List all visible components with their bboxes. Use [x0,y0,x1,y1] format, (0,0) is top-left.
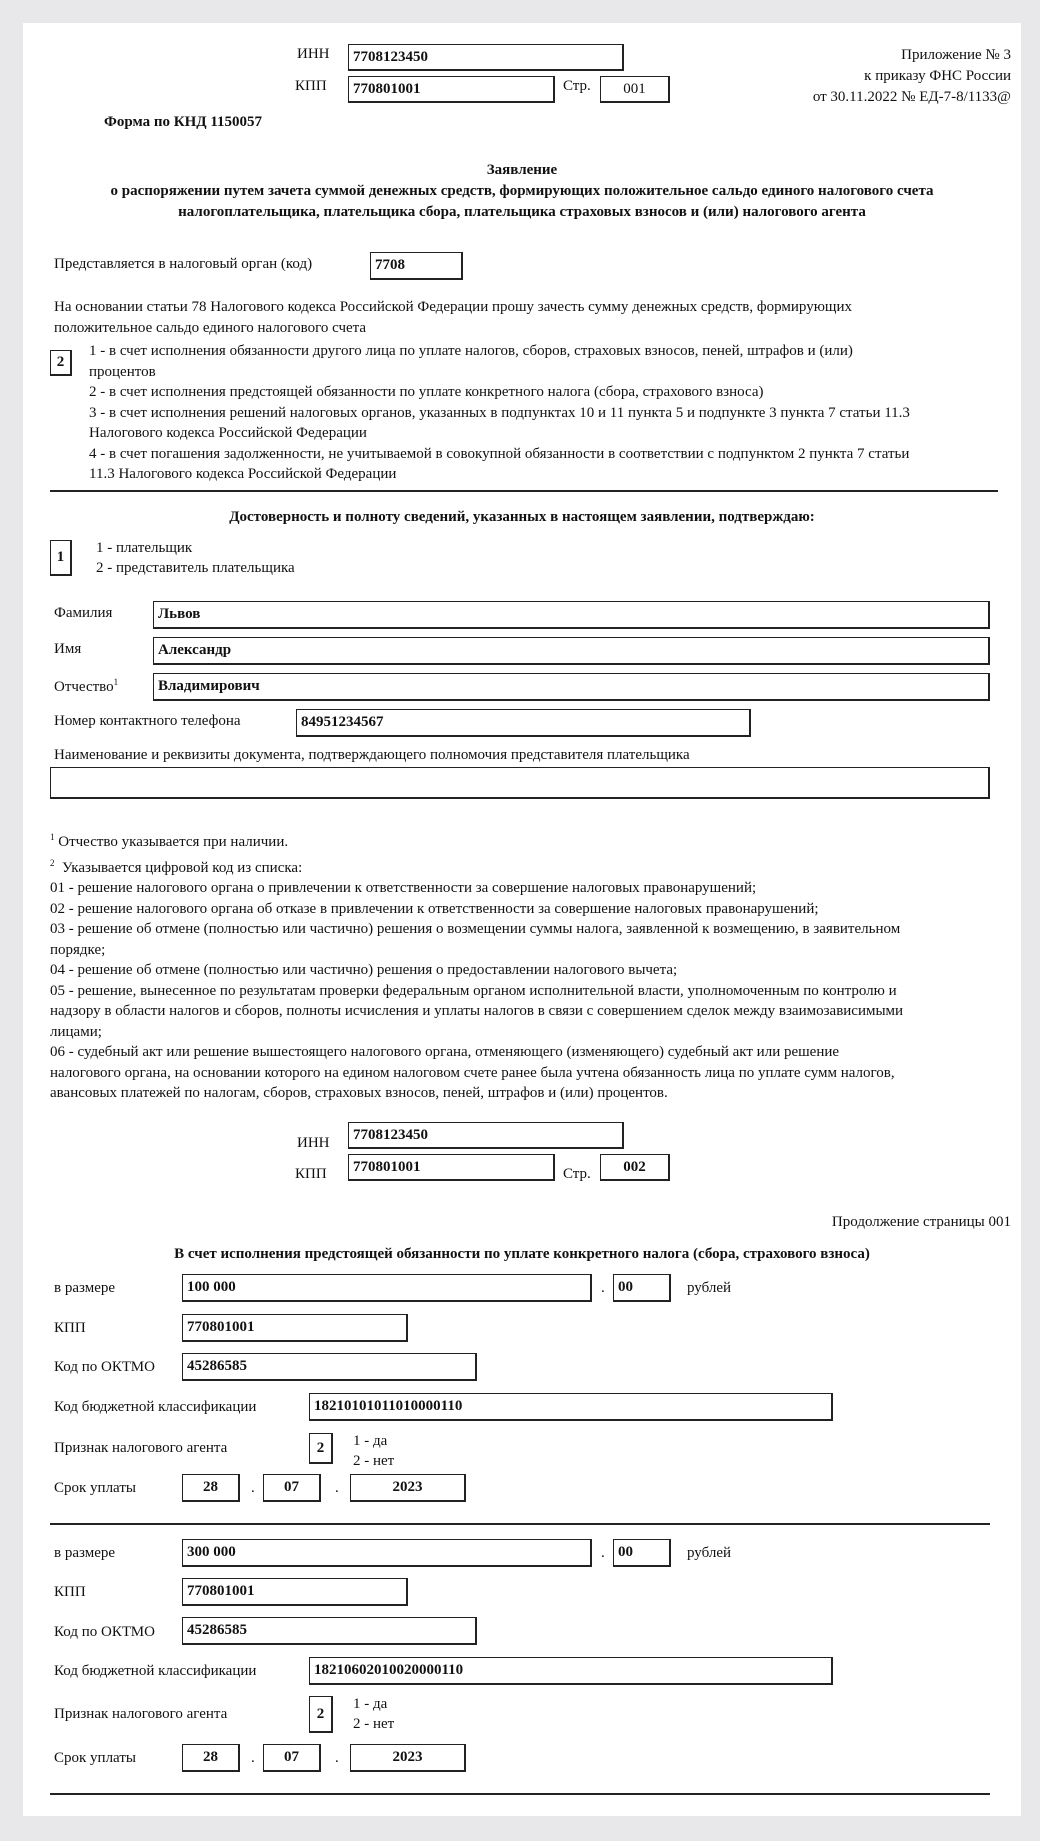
confirm-heading: Достоверность и полноту сведений, указан… [23,507,1021,528]
due-year-field[interactable]: 2023 [350,1474,466,1502]
name-label: Имя [54,641,81,658]
date-separator: . [335,1480,339,1497]
section-title: В счет исполнения предстоящей обязанност… [23,1244,1021,1265]
footnote-marker: 1 [114,677,119,687]
footnote-marker: 2 [50,858,55,868]
footnote-line: порядке; [50,940,903,961]
oktmo-field[interactable]: 45286585 [182,1353,477,1381]
entry-kpp-label: КПП [54,1320,86,1337]
due-day-field[interactable]: 28 [182,1744,240,1772]
footnote-line: 05 - решение, вынесенное по результатам … [50,981,903,1002]
amount-rubles-field[interactable]: 100 000 [182,1274,592,1302]
option-line: 2 - нет [353,1451,394,1471]
kbk-field[interactable]: 18210101011010000110 [309,1393,833,1421]
footnote-2: 2 Указывается цифровой код из списка: [50,853,903,879]
appendix-line: Приложение № 3 [813,45,1011,66]
title-line: о распоряжении путем зачета суммой денеж… [23,181,1021,202]
tax-agent-label: Признак налогового агента [54,1440,227,1457]
representative-doc-label: Наименование и реквизиты документа, подт… [54,747,690,764]
phone-label: Номер контактного телефона [54,713,241,730]
option-line: 1 - да [353,1431,394,1451]
title-line: Заявление [23,160,1021,181]
due-month-field[interactable]: 07 [263,1474,321,1502]
tax-agent-label: Признак налогового агента [54,1706,227,1723]
basis-text: На основании статьи 78 Налогового кодекс… [54,297,852,339]
confirm-type-field[interactable]: 1 [50,540,72,576]
entry-kpp-field[interactable]: 770801001 [182,1578,408,1606]
amount-kopecks-field[interactable]: 00 [613,1539,671,1567]
kpp-field[interactable]: 770801001 [348,76,555,103]
offset-type-options: 1 - в счет исполнения обязанности другог… [89,341,910,485]
footnote-line: надзору в области налогов и сборов, полн… [50,1001,903,1022]
footnotes: 1 Отчество указывается при наличии. 2 Ук… [50,827,903,1104]
kpp-label: КПП [295,78,327,95]
continuation-note: Продолжение страницы 001 [832,1214,1011,1231]
footnote-line: 03 - решение об отмене (полностью или ча… [50,919,903,940]
patronymic-field[interactable]: Владимирович [153,673,990,701]
option-line: Налогового кодекса Российской Федерации [89,423,910,444]
basis-line: положительное сальдо единого налогового … [54,318,852,339]
option-line: 2 - в счет исполнения предстоящей обязан… [89,382,910,403]
surname-label: Фамилия [54,605,112,622]
oktmo-label: Код по ОКТМО [54,1624,155,1641]
due-date-label: Срок уплаты [54,1480,136,1497]
phone-field[interactable]: 84951234567 [296,709,751,737]
due-day-field[interactable]: 28 [182,1474,240,1502]
kbk-field[interactable]: 18210602010020000110 [309,1657,833,1685]
footnote-line: налогового органа, на основании которого… [50,1063,903,1084]
patronymic-label: Отчество1 [54,677,118,696]
inn-field[interactable]: 7708123450 [348,44,624,71]
rubles-label: рублей [687,1545,731,1562]
date-separator: . [251,1750,255,1767]
kpp-field[interactable]: 770801001 [348,1154,555,1181]
name-field[interactable]: Александр [153,637,990,665]
option-line: 1 - да [353,1694,394,1714]
tax-agent-field[interactable]: 2 [309,1696,333,1733]
section-divider [50,490,998,492]
basis-line: На основании статьи 78 Налогового кодекс… [54,297,852,318]
footnote-line: авансовых платежей по налогам, сборов, с… [50,1083,903,1104]
footnote-line: 04 - решение об отмене (полностью или ча… [50,960,903,981]
option-line: процентов [89,362,910,383]
oktmo-label: Код по ОКТМО [54,1359,155,1376]
tax-authority-label: Представляется в налоговый орган (код) [54,256,312,273]
title-line: налогоплательщика, плательщика сбора, пл… [23,202,1021,223]
tax-authority-field[interactable]: 7708 [370,252,463,280]
rubles-label: рублей [687,1280,731,1297]
document-title: Заявление о распоряжении путем зачета су… [23,160,1021,223]
page-number-label: Стр. [563,78,591,95]
appendix-line: к приказу ФНС России [813,66,1011,87]
amount-label: в размере [54,1280,115,1297]
confirm-options: 1 - плательщик 2 - представитель платель… [96,538,295,578]
option-line: 1 - в счет исполнения обязанности другог… [89,341,910,362]
footnote-text: Отчество указывается при наличии. [58,834,288,850]
surname-field[interactable]: Львов [153,601,990,629]
footnote-line: 02 - решение налогового органа об отказе… [50,899,903,920]
kbk-label: Код бюджетной классификации [54,1399,256,1416]
kbk-label: Код бюджетной классификации [54,1663,256,1680]
tax-agent-options: 1 - да 2 - нет [353,1694,394,1734]
footnote-marker: 1 [50,832,55,842]
appendix-note: Приложение № 3 к приказу ФНС России от 3… [813,45,1011,108]
page-number-label: Стр. [563,1166,591,1183]
due-year-field[interactable]: 2023 [350,1744,466,1772]
footnote-line: 01 - решение налогового органа о привлеч… [50,878,903,899]
form-code: Форма по КНД 1150057 [104,114,262,131]
page-number-field[interactable]: 001 [600,76,670,103]
option-line: 4 - в счет погашения задолженности, не у… [89,444,910,465]
bottom-divider [50,1793,990,1795]
decimal-separator: . [601,1280,605,1297]
footnote-line: 06 - судебный акт или решение вышестояще… [50,1042,903,1063]
representative-doc-field[interactable] [50,767,990,799]
appendix-line: от 30.11.2022 № ЕД-7-8/1133@ [813,87,1011,108]
entry-kpp-label: КПП [54,1584,86,1601]
tax-agent-field[interactable]: 2 [309,1433,333,1464]
offset-type-field[interactable]: 2 [50,350,72,376]
due-month-field[interactable]: 07 [263,1744,321,1772]
footnote-1: 1 Отчество указывается при наличии. [50,827,903,853]
amount-label: в размере [54,1545,115,1562]
inn-label: ИНН [297,46,330,63]
patronymic-label-text: Отчество [54,679,114,695]
option-line: 1 - плательщик [96,538,295,558]
option-line: 2 - представитель плательщика [96,558,295,578]
tax-agent-options: 1 - да 2 - нет [353,1431,394,1471]
entry-kpp-field[interactable]: 770801001 [182,1314,408,1342]
oktmo-field[interactable]: 45286585 [182,1617,477,1645]
date-separator: . [335,1750,339,1767]
due-date-label: Срок уплаты [54,1750,136,1767]
inn-field[interactable]: 7708123450 [348,1122,624,1149]
amount-kopecks-field[interactable]: 00 [613,1274,671,1302]
kpp-label: КПП [295,1166,327,1183]
option-line: 2 - нет [353,1714,394,1734]
footnote-line: лицами; [50,1022,903,1043]
date-separator: . [251,1480,255,1497]
inn-label: ИНН [297,1135,330,1152]
amount-rubles-field[interactable]: 300 000 [182,1539,592,1567]
entry-divider [50,1523,990,1525]
form-page: ИНН 7708123450 КПП 770801001 Стр. 001 Пр… [23,23,1021,1816]
footnote-text: Указывается цифровой код из списка: [62,860,302,876]
option-line: 3 - в счет исполнения решений налоговых … [89,403,910,424]
page-number-field[interactable]: 002 [600,1154,670,1181]
option-line: 11.3 Налогового кодекса Российской Федер… [89,464,910,485]
decimal-separator: . [601,1545,605,1562]
